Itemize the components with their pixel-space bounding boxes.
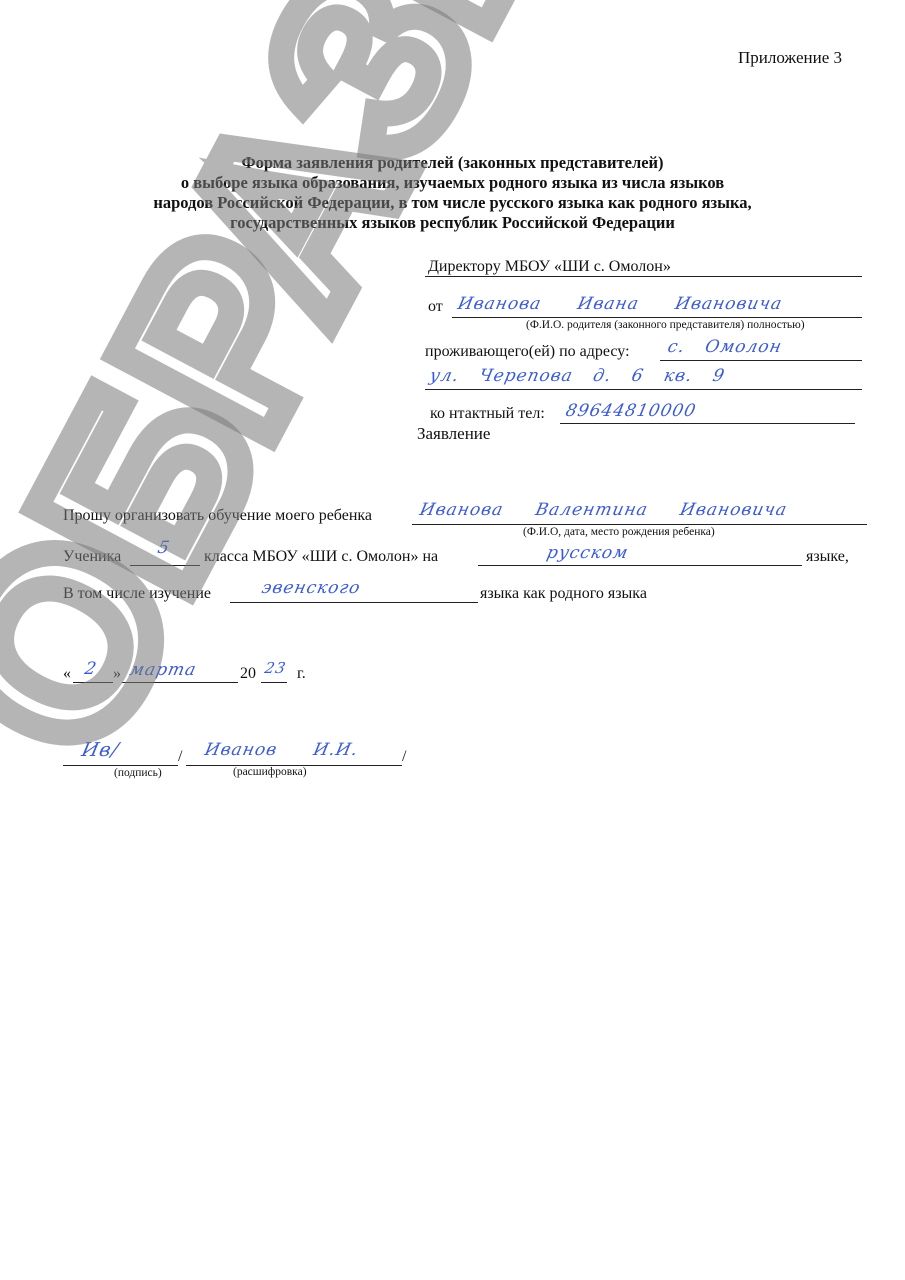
signature-underline bbox=[63, 765, 178, 766]
address-line1-field[interactable]: с. Омолон bbox=[666, 337, 784, 357]
class-label: класса МБОУ «ШИ с. Омолон» на bbox=[204, 548, 438, 566]
addressee-to-underline bbox=[425, 276, 862, 277]
decode-end-separator: / bbox=[402, 748, 406, 766]
language-field[interactable]: русском bbox=[545, 543, 631, 563]
date-open-quote: « bbox=[63, 665, 71, 683]
address-label: проживающего(ей) по адресу: bbox=[425, 343, 630, 361]
year-field[interactable]: 23 bbox=[263, 659, 288, 677]
year-prefix: 20 bbox=[240, 665, 256, 683]
title-line-2: о выборе языка образования, изучаемых ро… bbox=[0, 173, 905, 192]
day-underline bbox=[73, 682, 113, 683]
from-hint: (Ф.И.О. родителя (законного представител… bbox=[526, 319, 805, 331]
month-field[interactable]: марта bbox=[128, 660, 199, 680]
from-field-line bbox=[452, 317, 862, 318]
address-line2-underline bbox=[425, 389, 862, 390]
native-underline bbox=[230, 602, 478, 603]
phone-underline bbox=[560, 423, 855, 424]
grade-underline bbox=[130, 565, 200, 566]
day-field[interactable]: 2 bbox=[83, 659, 99, 679]
grade-field[interactable]: 5 bbox=[156, 538, 172, 558]
title-line-4: государственных языков республик Российс… bbox=[0, 213, 905, 232]
statement-heading: Заявление bbox=[417, 424, 490, 444]
decode-field[interactable]: Иванов И.И. bbox=[203, 740, 360, 760]
phone-field[interactable]: 89644810000 bbox=[564, 401, 698, 421]
native-suffix: языка как родного языка bbox=[480, 585, 647, 603]
signature-field[interactable]: Ив/ bbox=[80, 739, 122, 761]
decode-hint: (расшифровка) bbox=[233, 766, 307, 778]
year-underline bbox=[261, 682, 287, 683]
signature-separator: / bbox=[178, 748, 182, 766]
pupil-label: Ученика bbox=[63, 548, 121, 566]
child-underline bbox=[412, 524, 867, 525]
date-close-quote: » bbox=[113, 665, 121, 683]
study-label: В том числе изучение bbox=[63, 585, 211, 603]
title-line-1: Форма заявления родителей (законных пред… bbox=[0, 153, 905, 172]
addressee-to: Директору МБОУ «ШИ с. Омолон» bbox=[428, 258, 671, 276]
watermark-text: ОБРАЗЕЦ bbox=[0, 0, 688, 796]
language-underline bbox=[478, 565, 802, 566]
from-label: от bbox=[428, 298, 443, 316]
sample-watermark: ОБРАЗЕЦ bbox=[95, 345, 905, 1045]
from-field[interactable]: Иванова Ивана Ивановича bbox=[456, 294, 784, 314]
month-underline bbox=[122, 682, 238, 683]
year-label: г. bbox=[297, 665, 306, 683]
phone-label: ко нтактный тел: bbox=[430, 405, 545, 423]
title-line-3: народов Российской Федерации, в том числ… bbox=[0, 193, 905, 212]
signature-hint: (подпись) bbox=[114, 767, 162, 779]
address-line2-field[interactable]: ул. Черепова д. 6 кв. 9 bbox=[428, 366, 727, 386]
native-field[interactable]: эвенского bbox=[260, 578, 363, 598]
child-hint: (Ф.И.О, дата, место рождения ребенка) bbox=[523, 526, 715, 538]
request-label: Прошу организовать обучение моего ребенк… bbox=[63, 507, 372, 525]
child-field[interactable]: Иванова Валентина Ивановича bbox=[418, 500, 789, 520]
address-line1-underline bbox=[660, 360, 862, 361]
language-suffix: языке, bbox=[806, 548, 849, 566]
appendix-label: Приложение 3 bbox=[738, 48, 842, 68]
